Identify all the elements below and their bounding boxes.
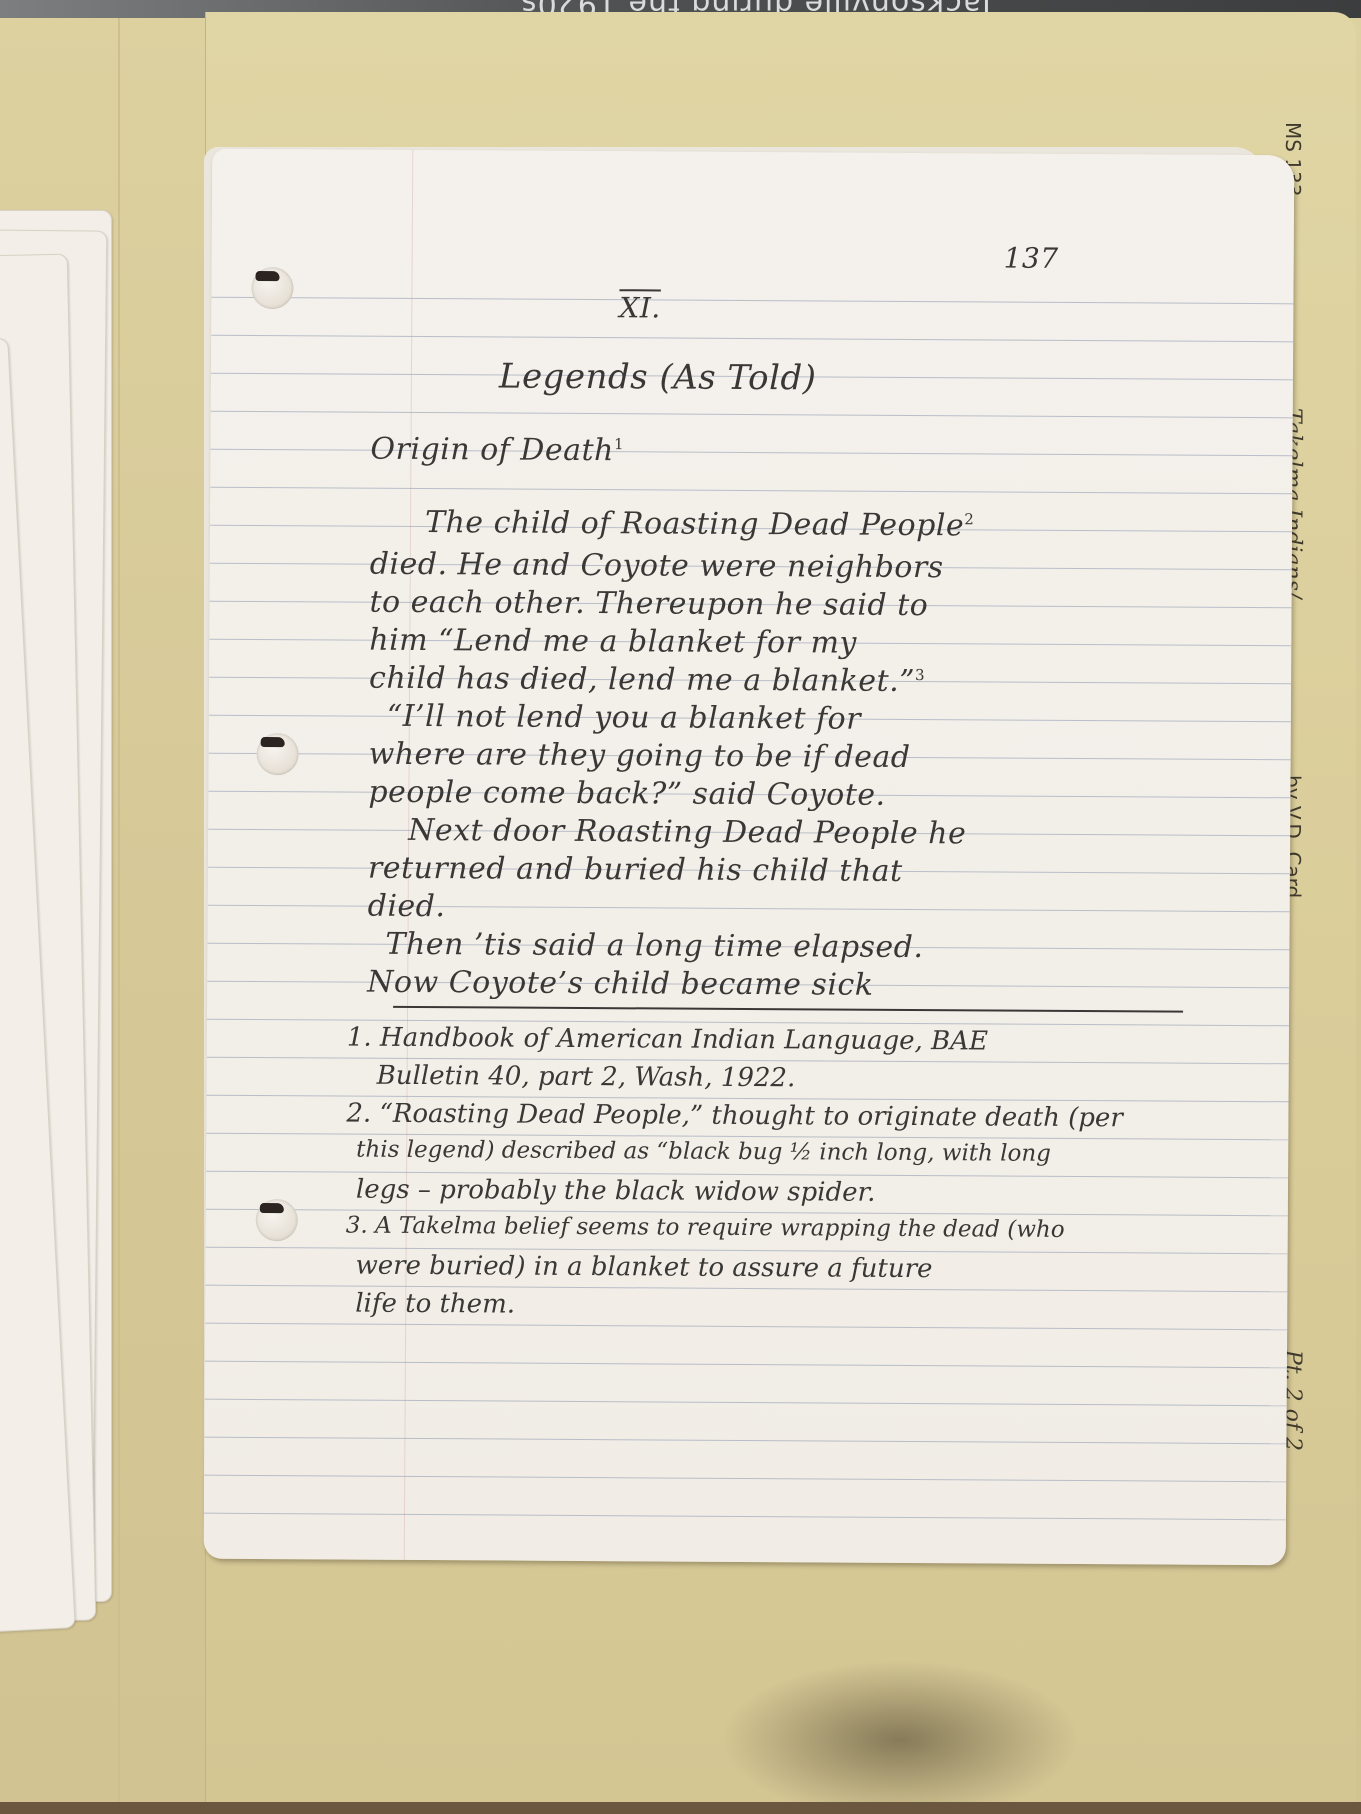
footnote-2-line-3: legs – probably the black widow spider. bbox=[356, 1175, 876, 1208]
footnote-3-line-1: 3. A Takelma belief seems to require wra… bbox=[346, 1213, 1065, 1243]
footnote-1-line-2: Bulletin 40, part 2, Wash, 1922. bbox=[377, 1061, 796, 1094]
rule-line bbox=[210, 487, 1292, 495]
body-line: Then ’tis said a long time elapsed. bbox=[385, 927, 923, 965]
footnote-3-line-2: were buried) in a blanket to assure a fu… bbox=[355, 1251, 932, 1285]
body-line-text: to each other. Thereupon he said to bbox=[369, 585, 928, 623]
notebook-page: 137 XI. Legends (As Told) Origin of Deat… bbox=[204, 149, 1295, 1566]
body-line: “I’ll not lend you a blanket for bbox=[387, 699, 861, 737]
rule-line bbox=[211, 297, 1293, 305]
footnote-1-line-1: 1. Handbook of American Indian Language,… bbox=[347, 1023, 988, 1057]
body-line-text: died. bbox=[368, 889, 446, 924]
rule-line bbox=[204, 1437, 1286, 1445]
footnote-divider bbox=[393, 1006, 1183, 1013]
punch-hole-middle bbox=[256, 733, 298, 775]
rule-line bbox=[211, 411, 1293, 419]
footnote-2-line-2: this legend) described as “black bug ½ i… bbox=[356, 1137, 1051, 1167]
body-line: people come back?” said Coyote. bbox=[368, 775, 885, 813]
body-line-text: where are they going to be if dead bbox=[369, 737, 911, 775]
folder-crease bbox=[118, 12, 120, 1814]
rule-line bbox=[205, 1361, 1287, 1369]
body-line-text: people come back?” said Coyote. bbox=[368, 775, 885, 813]
body-line-text: “I’ll not lend you a blanket for bbox=[387, 699, 861, 737]
body-line-text: died. He and Coyote were neighbors bbox=[370, 547, 944, 586]
footnote-ref: 2 bbox=[964, 510, 974, 528]
table-edge bbox=[0, 1802, 1361, 1814]
section-numeral: XI. bbox=[619, 291, 661, 324]
footnote-ref: 1 bbox=[614, 435, 624, 453]
body-line: returned and buried his child that bbox=[368, 851, 903, 889]
body-line-text: Next door Roasting Dead People he bbox=[408, 813, 966, 851]
punch-hole-top bbox=[251, 267, 293, 309]
footnote-2-line-1: 2. “Roasting Dead People,” thought to or… bbox=[346, 1099, 1123, 1134]
rule-line bbox=[204, 1475, 1286, 1483]
body-line: Next door Roasting Dead People he bbox=[408, 813, 966, 851]
body-line: Now Coyote’s child became sick bbox=[367, 965, 873, 1003]
body-line-text: returned and buried his child that bbox=[368, 851, 903, 889]
body-line: died. He and Coyote were neighbors bbox=[370, 547, 944, 586]
rule-line bbox=[205, 1399, 1287, 1407]
story-title: Origin of Death1 bbox=[370, 432, 624, 469]
body-line: died. bbox=[368, 889, 446, 924]
body-line: to each other. Thereupon he said to bbox=[369, 585, 928, 623]
page-number: 137 bbox=[1004, 242, 1059, 275]
story-title-text: Origin of Death bbox=[370, 432, 614, 468]
body-line: where are they going to be if dead bbox=[369, 737, 911, 775]
body-line: child has died, lend me a blanket.”3 bbox=[369, 661, 925, 699]
section-title: Legends (As Told) bbox=[499, 356, 817, 398]
footnote-ref: 3 bbox=[915, 666, 925, 684]
body-line-text: Then ’tis said a long time elapsed. bbox=[385, 927, 923, 965]
footnote-3-line-3: life to them. bbox=[355, 1289, 515, 1320]
body-line-text: him “Lend me a blanket for my bbox=[369, 623, 857, 661]
camera-shadow bbox=[720, 1660, 1080, 1814]
rule-line bbox=[204, 1513, 1286, 1521]
body-line-text: Now Coyote’s child became sick bbox=[367, 965, 873, 1003]
body-line-text: child has died, lend me a blanket.” bbox=[369, 661, 915, 699]
body-line: him “Lend me a blanket for my bbox=[369, 623, 857, 661]
rule-line bbox=[211, 335, 1293, 343]
body-line-text: The child of Roasting Dead People bbox=[425, 505, 964, 543]
punch-hole-bottom bbox=[256, 1199, 298, 1241]
rule-line bbox=[205, 1323, 1287, 1331]
body-line: The child of Roasting Dead People2 bbox=[425, 505, 974, 543]
